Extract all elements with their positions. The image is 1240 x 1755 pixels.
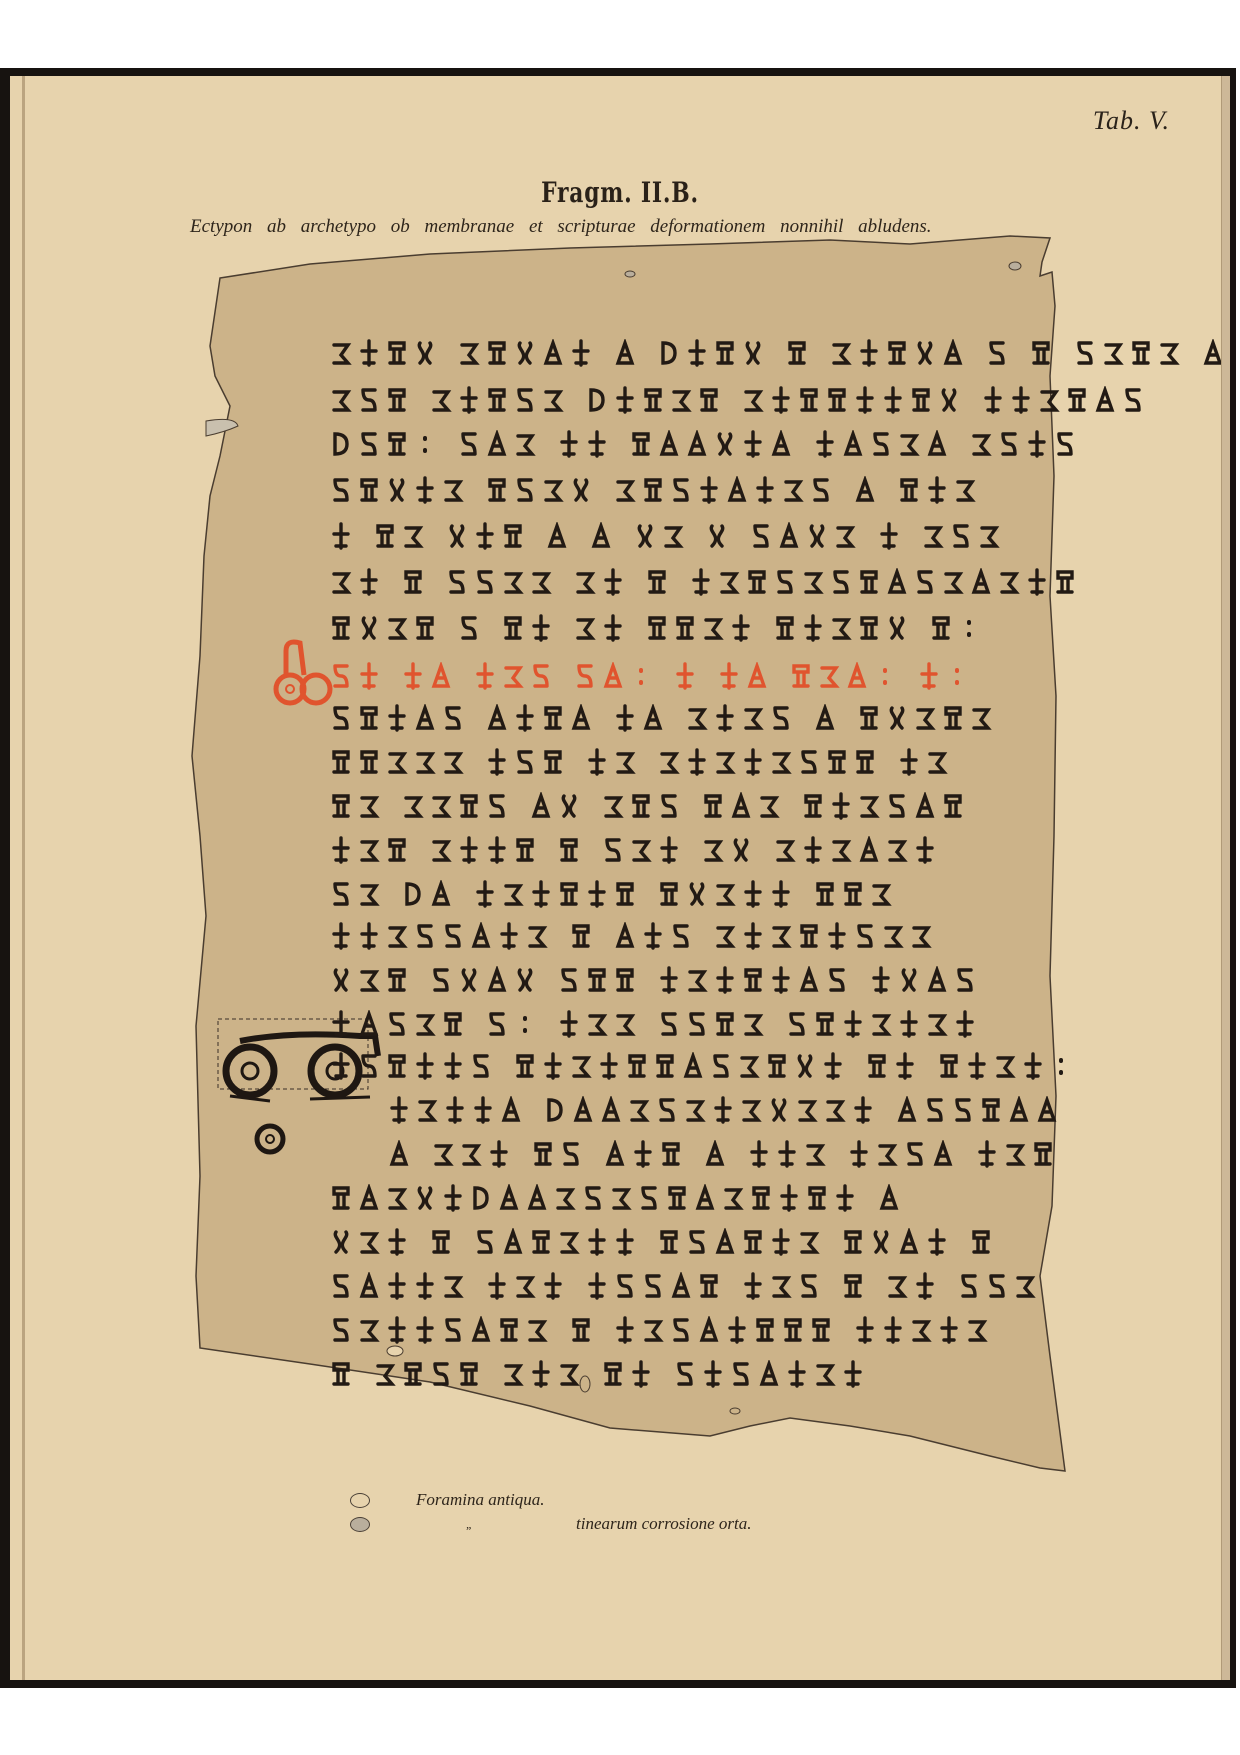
glyph-icon <box>686 880 708 908</box>
glyph-icon <box>330 704 352 732</box>
glyph-icon <box>502 568 524 596</box>
glyph-icon <box>742 430 764 458</box>
glyph-icon <box>1010 386 1032 414</box>
glyph-icon <box>486 339 508 367</box>
glyph-icon <box>502 1360 524 1388</box>
glyph-icon <box>598 1052 620 1080</box>
glyph-icon <box>330 522 352 550</box>
glyph-icon <box>502 662 524 690</box>
glyph-icon <box>754 1316 776 1344</box>
glyph-icon <box>570 704 592 732</box>
hole-icon <box>625 271 635 277</box>
glyph-icon <box>914 1272 936 1300</box>
glyph-icon <box>330 1360 352 1388</box>
glyph-icon <box>670 1316 692 1344</box>
glyph-icon <box>330 792 352 820</box>
glyph-icon <box>770 748 792 776</box>
glyph-icon <box>770 704 792 732</box>
glyph-icon <box>602 836 624 864</box>
glyph-icon <box>446 568 468 596</box>
glyph-icon <box>474 662 496 690</box>
glyph-icon <box>798 386 820 414</box>
manuscript-line <box>330 874 892 908</box>
glyph-icon <box>386 966 408 994</box>
glyph-icon <box>530 1228 552 1256</box>
legend: Foramina antiqua. „ tinearum corrosione … <box>350 1488 752 1536</box>
glyph-icon <box>714 339 736 367</box>
manuscript-line <box>330 470 976 504</box>
glyph-icon <box>926 748 948 776</box>
glyph-icon <box>458 386 480 414</box>
glyph-icon <box>430 966 452 994</box>
glyph-icon <box>586 386 608 414</box>
glyph-icon <box>526 1316 548 1344</box>
glyph-icon <box>386 386 408 414</box>
glyph-icon <box>904 1140 926 1168</box>
manuscript-line <box>330 516 1000 550</box>
glyph-icon <box>886 568 908 596</box>
glyph-icon <box>500 1096 522 1124</box>
glyph-icon <box>630 836 652 864</box>
glyph-icon <box>330 476 352 504</box>
glyph-icon <box>442 1010 464 1038</box>
glyph-icon <box>470 1316 492 1344</box>
glyph-icon <box>488 1140 510 1168</box>
glyph-icon <box>726 476 748 504</box>
glyph-icon <box>358 568 380 596</box>
glyph-icon <box>502 880 524 908</box>
glyph-icon <box>758 792 780 820</box>
manuscript-line <box>330 742 948 776</box>
glyph-icon <box>810 1316 832 1344</box>
glyph-icon <box>430 1360 452 1388</box>
glyph-icon <box>714 704 736 732</box>
glyph-icon <box>874 662 896 690</box>
glyph-icon <box>730 1360 752 1388</box>
glyph-icon <box>748 1140 770 1168</box>
glyph-icon <box>954 966 976 994</box>
manuscript-line <box>330 698 992 732</box>
glyph-icon <box>1054 430 1076 458</box>
manuscript-line <box>388 1134 1054 1168</box>
glyph-icon <box>474 1228 496 1256</box>
glyph-icon <box>586 748 608 776</box>
glyph-icon <box>712 1096 734 1124</box>
glyph-icon <box>854 748 876 776</box>
glyph-icon <box>358 922 380 950</box>
glyph-icon <box>924 1096 946 1124</box>
glyph-icon <box>818 662 840 690</box>
glyph-icon <box>794 1052 816 1080</box>
glyph-icon <box>698 1316 720 1344</box>
glyph-icon <box>714 880 736 908</box>
glyph-icon <box>486 1272 508 1300</box>
glyph-icon <box>414 614 436 642</box>
glyph-icon <box>714 1228 736 1256</box>
glyph-icon <box>330 614 352 642</box>
glyph-icon <box>776 1140 798 1168</box>
glyph-icon <box>814 880 836 908</box>
glyph-icon <box>1074 339 1096 367</box>
glyph-icon <box>842 430 864 458</box>
glyph-icon <box>542 386 564 414</box>
glyph-icon <box>814 704 836 732</box>
glyph-icon <box>706 522 728 550</box>
glyph-icon <box>358 880 380 908</box>
glyph-icon <box>826 386 848 414</box>
glyph-icon <box>658 1228 680 1256</box>
manuscript-line <box>330 916 932 950</box>
glyph-icon <box>498 1316 520 1344</box>
glyph-icon <box>586 430 608 458</box>
glyph-icon <box>802 614 824 642</box>
glyph-icon <box>542 339 564 367</box>
glyph-icon <box>386 1052 408 1080</box>
glyph-icon <box>954 1010 976 1038</box>
glyph-icon <box>870 1228 892 1256</box>
glyph-icon <box>628 1096 650 1124</box>
glyph-icon <box>630 430 652 458</box>
glyph-icon <box>730 792 752 820</box>
glyph-icon <box>742 339 764 367</box>
glyph-icon <box>770 1272 792 1300</box>
glyph-icon <box>1014 1272 1036 1300</box>
glyph-icon <box>626 1052 648 1080</box>
glyph-icon <box>358 430 380 458</box>
glyph-icon <box>698 476 720 504</box>
manuscript-line <box>330 608 980 642</box>
glyph-icon <box>870 966 892 994</box>
glyph-icon <box>826 748 848 776</box>
glyph-icon <box>774 836 796 864</box>
glyph-icon <box>358 386 380 414</box>
glyph-icon <box>658 966 680 994</box>
glyph-icon <box>530 568 552 596</box>
glyph-icon <box>458 966 480 994</box>
glyph-icon <box>386 339 408 367</box>
glyph-icon <box>358 1010 380 1038</box>
glyph-icon <box>486 1010 508 1038</box>
glyph-icon <box>602 1360 624 1388</box>
glyph-icon <box>898 1010 920 1038</box>
glyph-icon <box>472 1096 494 1124</box>
glyph-icon <box>414 704 436 732</box>
glyph-icon <box>660 1140 682 1168</box>
glyph-icon <box>358 1316 380 1344</box>
glyph-icon <box>834 1184 856 1212</box>
glyph-icon <box>414 430 436 458</box>
glyph-icon <box>686 339 708 367</box>
glyph-icon <box>886 836 908 864</box>
glyph-icon <box>554 1184 576 1212</box>
glyph-icon <box>442 748 464 776</box>
glyph-icon <box>656 1096 678 1124</box>
glyph-icon <box>798 966 820 994</box>
glyph-icon <box>854 1316 876 1344</box>
glyph-icon <box>1032 1140 1054 1168</box>
filled-oval-icon <box>350 1517 370 1532</box>
glyph-icon <box>698 1272 720 1300</box>
glyph-icon <box>586 1272 608 1300</box>
glyph-icon <box>878 522 900 550</box>
glyph-icon <box>600 1096 622 1124</box>
glyph-icon <box>1036 1096 1058 1124</box>
glyph-icon <box>942 568 964 596</box>
glyph-icon <box>826 966 848 994</box>
glyph-icon <box>574 662 596 690</box>
glyph-icon <box>486 966 508 994</box>
open-oval-icon <box>350 1493 370 1508</box>
glyph-icon <box>558 880 580 908</box>
glyph-icon <box>926 1228 948 1256</box>
legend-ditto: „ <box>416 1517 576 1532</box>
hole-icon <box>1009 262 1021 270</box>
glyph-icon <box>958 1272 980 1300</box>
glyph-icon <box>670 922 692 950</box>
glyph-icon <box>330 1184 352 1212</box>
glyph-icon <box>514 748 536 776</box>
glyph-icon <box>796 1096 818 1124</box>
glyph-icon <box>910 922 932 950</box>
glyph-icon <box>886 704 908 732</box>
glyph-icon <box>710 1052 732 1080</box>
glyph-icon <box>614 386 636 414</box>
glyph-icon <box>854 476 876 504</box>
glyph-icon <box>718 568 740 596</box>
glyph-icon <box>1066 386 1088 414</box>
glyph-icon <box>694 1184 716 1212</box>
glyph-icon <box>514 1010 536 1038</box>
glyph-icon <box>848 1140 870 1168</box>
glyph-icon <box>702 836 724 864</box>
glyph-icon <box>714 430 736 458</box>
glyph-icon <box>782 476 804 504</box>
glyph-icon <box>778 1184 800 1212</box>
glyph-icon <box>976 1140 998 1168</box>
glyph-icon <box>542 1272 564 1300</box>
glyph-icon <box>386 1184 408 1212</box>
glyph-icon <box>858 614 880 642</box>
glyph-icon <box>754 476 776 504</box>
glyph-icon <box>686 1228 708 1256</box>
glyph-icon <box>970 430 992 458</box>
glyph-icon <box>514 339 536 367</box>
glyph-icon <box>970 704 992 732</box>
manuscript-line <box>330 333 1224 367</box>
glyph-icon <box>768 1096 790 1124</box>
glyph-icon <box>386 1316 408 1344</box>
glyph-icon <box>358 704 380 732</box>
glyph-icon <box>942 792 964 820</box>
glyph-icon <box>740 1096 762 1124</box>
glyph-icon <box>886 792 908 820</box>
glyph-icon <box>642 1316 664 1344</box>
glyph-icon <box>1022 1052 1044 1080</box>
glyph-icon <box>810 476 832 504</box>
glyph-icon <box>586 966 608 994</box>
glyph-icon <box>804 1140 826 1168</box>
glyph-icon <box>910 1316 932 1344</box>
glyph-icon <box>830 568 852 596</box>
glyph-icon <box>750 1184 772 1212</box>
glyph-icon <box>330 1228 352 1256</box>
glyph-icon <box>602 614 624 642</box>
glyph-icon <box>542 476 564 504</box>
glyph-icon <box>330 430 352 458</box>
glyph-icon <box>586 880 608 908</box>
glyph-icon <box>358 339 380 367</box>
glyph-icon <box>1122 386 1144 414</box>
glyph-icon <box>970 1228 992 1256</box>
glyph-icon <box>374 522 396 550</box>
glyph-icon <box>374 1360 396 1388</box>
glyph-icon <box>442 922 464 950</box>
glyph-icon <box>690 568 712 596</box>
glyph-icon <box>654 1052 676 1080</box>
glyph-icon <box>444 1096 466 1124</box>
glyph-icon <box>822 1052 844 1080</box>
glyph-icon <box>530 1360 552 1388</box>
glyph-icon <box>430 792 452 820</box>
glyph-icon <box>814 1360 836 1388</box>
glyph-icon <box>886 339 908 367</box>
glyph-icon <box>770 430 792 458</box>
glyph-icon <box>442 476 464 504</box>
glyph-icon <box>402 568 424 596</box>
glyph-icon <box>632 1140 654 1168</box>
glyph-icon <box>730 614 752 642</box>
glyph-icon <box>770 386 792 414</box>
glyph-icon <box>770 966 792 994</box>
glyph-icon <box>586 1010 608 1038</box>
glyph-icon <box>942 339 964 367</box>
glyph-icon <box>1130 339 1152 367</box>
glyph-icon <box>798 922 820 950</box>
glyph-icon <box>572 1096 594 1124</box>
glyph-icon <box>458 339 480 367</box>
glyph-icon <box>416 1096 438 1124</box>
glyph-icon <box>1026 568 1048 596</box>
glyph-icon <box>686 966 708 994</box>
glyph-icon <box>330 1010 352 1038</box>
glyph-icon <box>558 1360 580 1388</box>
glyph-icon <box>742 1010 764 1038</box>
glyph-icon <box>894 1052 916 1080</box>
glyph-icon <box>766 1052 788 1080</box>
glyph-icon <box>670 476 692 504</box>
glyph-icon <box>330 568 352 596</box>
legend-item-moth-holes: „ tinearum corrosione orta. <box>350 1512 752 1536</box>
glyph-icon <box>802 792 824 820</box>
glyph-icon <box>414 1184 436 1212</box>
glyph-icon <box>386 922 408 950</box>
glyph-icon <box>532 1140 554 1168</box>
glyph-icon <box>358 614 380 642</box>
glyph-icon <box>614 1316 636 1344</box>
glyph-icon <box>742 1272 764 1300</box>
glyph-icon <box>358 1272 380 1300</box>
glyph-icon <box>826 922 848 950</box>
glyph-icon <box>414 1052 436 1080</box>
glyph-icon <box>386 614 408 642</box>
glyph-icon <box>642 922 664 950</box>
glyph-icon <box>330 836 352 864</box>
glyph-icon <box>470 922 492 950</box>
glyph-icon <box>858 704 880 732</box>
glyph-icon <box>698 386 720 414</box>
glyph-icon <box>330 1272 352 1300</box>
glyph-icon <box>386 430 408 458</box>
glyph-icon <box>442 1052 464 1080</box>
glyph-icon <box>414 476 436 504</box>
glyph-icon <box>388 1140 410 1168</box>
legend-text: Foramina antiqua. <box>416 1490 544 1510</box>
glyph-icon <box>686 704 708 732</box>
glyph-icon <box>526 922 548 950</box>
glyph-icon <box>770 1228 792 1256</box>
glyph-icon <box>870 1010 892 1038</box>
glyph-icon <box>926 430 948 458</box>
glyph-icon <box>770 922 792 950</box>
glyph-icon <box>914 568 936 596</box>
glyph-icon <box>604 1140 626 1168</box>
glyph-icon <box>614 704 636 732</box>
glyph-icon <box>474 568 496 596</box>
glyph-icon <box>702 614 724 642</box>
glyph-icon <box>958 614 980 642</box>
glyph-icon <box>330 339 352 367</box>
glyph-icon <box>1094 386 1116 414</box>
glyph-icon <box>986 1272 1008 1300</box>
glyph-icon <box>806 1184 828 1212</box>
glyph-icon <box>1102 339 1124 367</box>
glyph-icon <box>514 1272 536 1300</box>
glyph-icon <box>798 748 820 776</box>
glyph-icon <box>842 1360 864 1388</box>
glyph-icon <box>542 1052 564 1080</box>
glyph-icon <box>502 522 524 550</box>
glyph-icon <box>1054 568 1076 596</box>
glyph-icon <box>886 614 908 642</box>
glyph-icon <box>446 522 468 550</box>
glyph-icon <box>474 522 496 550</box>
glyph-icon <box>898 966 920 994</box>
glyph-icon <box>458 1360 480 1388</box>
glyph-icon <box>414 748 436 776</box>
glyph-icon <box>722 1184 744 1212</box>
glyph-icon <box>830 836 852 864</box>
manuscript-line <box>388 1090 1058 1124</box>
glyph-icon <box>558 1228 580 1256</box>
glyph-icon <box>582 1184 604 1212</box>
glyph-icon <box>442 1272 464 1300</box>
glyph-icon <box>330 748 352 776</box>
glyph-icon <box>386 1010 408 1038</box>
glyph-icon <box>498 1184 520 1212</box>
glyph-icon <box>686 430 708 458</box>
glyph-icon <box>546 522 568 550</box>
glyph-icon <box>702 792 724 820</box>
glyph-icon <box>742 704 764 732</box>
glyph-icon <box>414 1272 436 1300</box>
glyph-icon <box>842 1272 864 1300</box>
glyph-icon <box>834 522 856 550</box>
glyph-icon <box>742 748 764 776</box>
glyph-icon <box>970 568 992 596</box>
glyph-icon <box>930 614 952 642</box>
glyph-icon <box>742 386 764 414</box>
glyph-icon <box>502 1228 524 1256</box>
